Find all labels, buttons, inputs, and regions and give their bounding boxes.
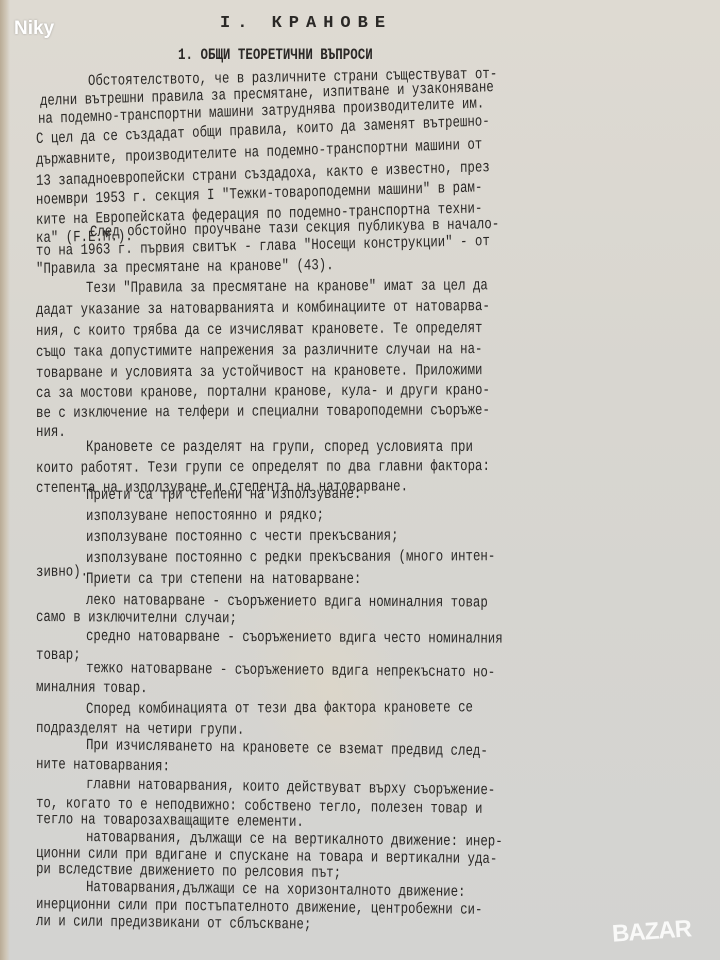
text-line: миналния товар. [36,680,148,697]
text-line: ли и сили предизвикани от сблъскване; [36,914,311,933]
watermark-bazar: BAZAR [611,915,692,948]
text-line: Според комбинацията от тези два фактора … [86,700,473,717]
watermark-niky: Niky [14,18,54,40]
text-line: Приети са три степени на използуване: [86,487,361,504]
chapter-title: I. КРАНОВЕ [220,14,392,33]
text-line: зивно). [36,564,88,580]
text-line: "Правила за пресмятане на кранове" (43). [36,258,334,277]
text-line: само в изключителни случаи; [36,610,237,627]
text-line: ния, с които трябва да се изчисляват кра… [36,321,483,339]
text-line: ве с изключение на телфери и специални т… [36,403,490,421]
text-line: товарване и условията за устойчивост на … [36,363,483,381]
text-line: са за мостови кранове, портални кранове,… [36,383,490,401]
section-title: 1. ОБЩИ ТЕОРЕТИЧНИ ВЪПРОСИ [178,46,373,64]
page-edge [0,0,10,960]
text-line: използуване непостоянно и рядко; [86,508,324,525]
text-line: използуване постоянно с редки прекъсвани… [86,549,495,566]
text-line: също така допустимите напрежения за разл… [36,342,483,360]
text-line: Крановете се разделят на групи, според у… [86,440,473,456]
text-line: средно натоварване - съоръжението вдига … [86,629,503,647]
text-line: които работят. Тези групи се определят п… [36,459,490,476]
text-line: дадат указание за натоварванията и комби… [36,299,490,318]
text-line: подразделят на четири групи. [36,721,244,738]
text-line: ните натоварвания: [36,757,170,775]
text-line: ния. [36,425,66,441]
text-line: тежко натоварване - съоръжението вдига н… [86,661,495,681]
text-line: използуване постоянно с чести прекъсвани… [86,529,399,546]
text-line: тегло на товарозахващащите елементи. [36,812,304,830]
text-line: Приети са три степени на натоварване: [86,572,361,588]
text-line: товар; [36,648,81,664]
text-line: Тези "Правила за пресмятане на кранове" … [86,278,488,296]
